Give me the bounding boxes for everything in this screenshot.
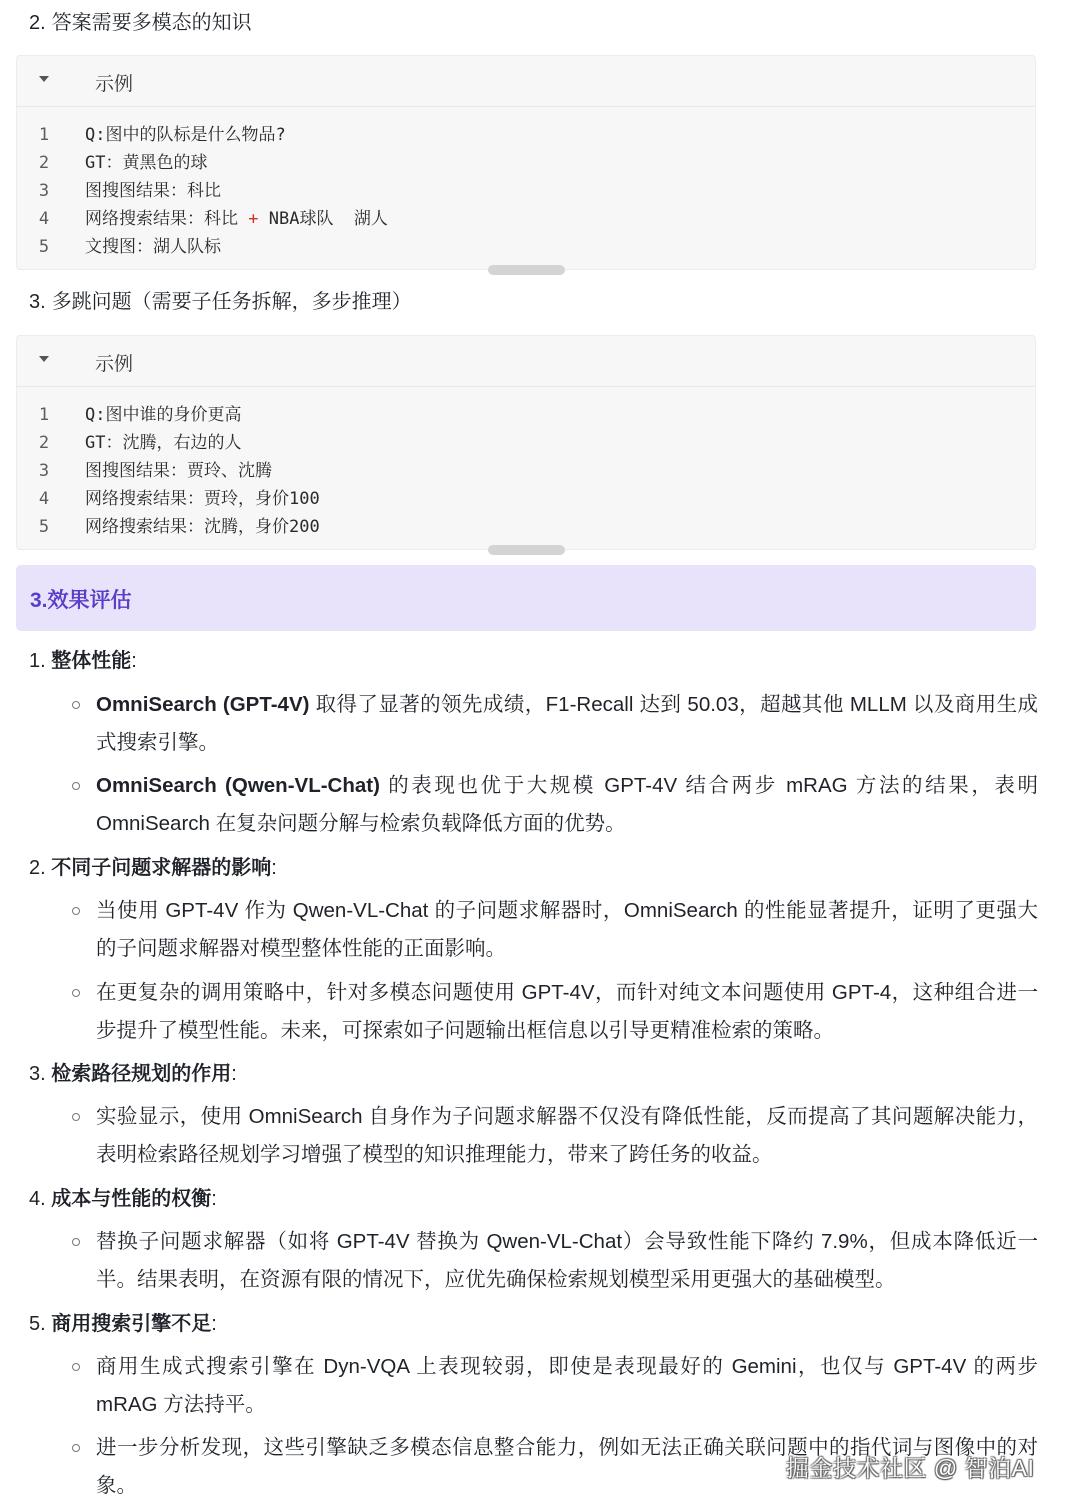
code-block-header[interactable]: 示例 [17,56,1035,107]
code-text: GT：沈腾，右边的人 [85,429,241,457]
line-number: 5 [37,233,51,261]
list-number: 3. [29,291,46,313]
code-text: Q:图中的队标是什么物品? [85,121,286,149]
eval-item-heading: 不同子问题求解器的影响 [51,857,271,879]
list-item-text: 多跳问题（需要子任务拆解，多步推理） [52,291,412,313]
code-line: 5文搜图：湖人队标 [17,233,1035,261]
code-text-part: 网络搜索结果：科比 [85,209,248,229]
code-line: 1Q:图中谁的身价更高 [17,401,1035,429]
eval-item-heading: 整体性能 [51,650,131,672]
bullet-text: 当使用 GPT-4V 作为 Qwen-VL-Chat 的子问题求解器时，Omni… [96,899,1038,960]
section-heading-block: 3.效果评估 [16,565,1036,631]
colon: : [231,1063,237,1085]
hollow-bullet-icon [72,989,80,997]
colon: : [211,1313,217,1335]
caret-down-icon[interactable] [39,76,49,82]
hollow-bullet-icon [72,701,80,709]
code-line: 1Q:图中的队标是什么物品? [17,121,1035,149]
hollow-bullet-icon [72,1363,80,1371]
list-number: 2. [29,12,46,34]
line-number: 4 [37,205,51,233]
bullet-text: 实验显示，使用 OmniSearch 自身作为子问题求解器不仅没有降低性能，反而… [96,1105,1038,1166]
code-text: Q:图中谁的身价更高 [85,401,241,429]
eval-item-heading: 成本与性能的权衡 [51,1188,211,1210]
code-line: 4网络搜索结果：科比 + NBA球队 湖人 [17,205,1035,233]
code-text: 图搜图结果：贾玲、沈腾 [85,457,272,485]
code-line: 3图搜图结果：科比 [17,177,1035,205]
hollow-bullet-icon [72,1444,80,1452]
code-block-title: 示例 [95,69,133,96]
bullet-item: OmniSearch (GPT-4V) 取得了显著的领先成绩，F1-Recall… [72,686,1038,762]
list-number: 5. [29,1313,46,1335]
code-line: 5网络搜索结果：沈腾，身价200 [17,513,1035,541]
code-line: 2GT：沈腾，右边的人 [17,429,1035,457]
line-number: 3 [37,457,51,485]
code-line: 4网络搜索结果：贾玲，身价100 [17,485,1035,513]
bullet-text: 商用生成式搜索引擎在 Dyn-VQA 上表现较弱，即使是表现最好的 Gemini… [96,1355,1038,1416]
bullet-item: 当使用 GPT-4V 作为 Qwen-VL-Chat 的子问题求解器时，Omni… [72,892,1038,968]
hollow-bullet-icon [72,1238,80,1246]
code-text: 文搜图：湖人队标 [85,233,221,261]
hollow-bullet-icon [72,782,80,790]
eval-item-heading: 检索路径规划的作用 [51,1063,231,1085]
bold-term: OmniSearch (Qwen-VL-Chat) [96,774,380,797]
bold-term: OmniSearch (GPT-4V) [96,693,309,716]
eval-item-heading: 商用搜索引擎不足 [51,1313,211,1335]
eval-item-title: 4. 成本与性能的权衡: [29,1185,217,1213]
colon: : [271,857,277,879]
code-text: 图搜图结果：科比 [85,177,221,205]
code-text: 网络搜索结果：沈腾，身价200 [85,513,320,541]
line-number: 3 [37,177,51,205]
eval-item-title: 3. 检索路径规划的作用: [29,1060,237,1088]
code-block-example-2: 示例 1Q:图中谁的身价更高 2GT：沈腾，右边的人 3图搜图结果：贾玲、沈腾 … [16,335,1036,550]
code-line: 2GT：黄黑色的球 [17,149,1035,177]
eval-item-title: 5. 商用搜索引擎不足: [29,1310,217,1338]
code-block-body: 1Q:图中谁的身价更高 2GT：沈腾，右边的人 3图搜图结果：贾玲、沈腾 4网络… [17,387,1035,553]
bullet-item: 替换子问题求解器（如将 GPT-4V 替换为 Qwen-VL-Chat）会导致性… [72,1223,1038,1299]
line-number: 5 [37,513,51,541]
horizontal-scrollbar-thumb[interactable] [488,545,565,555]
code-text: GT：黄黑色的球 [85,149,207,177]
list-item-title: 2.答案需要多模态的知识 [29,9,252,37]
list-number: 1. [29,650,46,672]
code-text: 网络搜索结果：贾玲，身价100 [85,485,320,513]
list-number: 4. [29,1188,46,1210]
code-block-body: 1Q:图中的队标是什么物品? 2GT：黄黑色的球 3图搜图结果：科比 4网络搜索… [17,107,1035,273]
bullet-item: 商用生成式搜索引擎在 Dyn-VQA 上表现较弱，即使是表现最好的 Gemini… [72,1348,1038,1424]
plus-sign: + [248,209,258,229]
list-number: 2. [29,857,46,879]
bullet-text: 替换子问题求解器（如将 GPT-4V 替换为 Qwen-VL-Chat）会导致性… [96,1230,1038,1291]
hollow-bullet-icon [72,1113,80,1121]
list-item-text: 答案需要多模态的知识 [52,12,252,34]
eval-item-title: 1. 整体性能: [29,647,137,675]
list-item-title: 3.多跳问题（需要子任务拆解，多步推理） [29,288,412,316]
code-block-example-1: 示例 1Q:图中的队标是什么物品? 2GT：黄黑色的球 3图搜图结果：科比 4网… [16,55,1036,270]
list-number: 3. [29,1063,46,1085]
line-number: 1 [37,401,51,429]
line-number: 4 [37,485,51,513]
code-text-part: NBA球队 湖人 [259,209,388,229]
bullet-text: 在更复杂的调用策略中，针对多模态问题使用 GPT-4V，而针对纯文本问题使用 G… [96,981,1038,1042]
code-block-header[interactable]: 示例 [17,336,1035,387]
horizontal-scrollbar-thumb[interactable] [488,265,565,275]
line-number: 2 [37,149,51,177]
watermark: 掘金技术社区 @ 智泊AI [786,1450,1034,1483]
hollow-bullet-icon [72,907,80,915]
code-text: 网络搜索结果：科比 + NBA球队 湖人 [85,205,388,233]
eval-item-title: 2. 不同子问题求解器的影响: [29,854,277,882]
line-number: 2 [37,429,51,457]
section-heading: 3.效果评估 [30,584,132,614]
line-number: 1 [37,121,51,149]
code-line: 3图搜图结果：贾玲、沈腾 [17,457,1035,485]
colon: : [211,1188,217,1210]
caret-down-icon[interactable] [39,356,49,362]
colon: : [131,650,137,672]
bullet-item: OmniSearch (Qwen-VL-Chat) 的表现也优于大规模 GPT-… [72,767,1038,843]
bullet-item: 在更复杂的调用策略中，针对多模态问题使用 GPT-4V，而针对纯文本问题使用 G… [72,974,1038,1050]
code-block-title: 示例 [95,349,133,376]
bullet-item: 实验显示，使用 OmniSearch 自身作为子问题求解器不仅没有降低性能，反而… [72,1098,1038,1174]
